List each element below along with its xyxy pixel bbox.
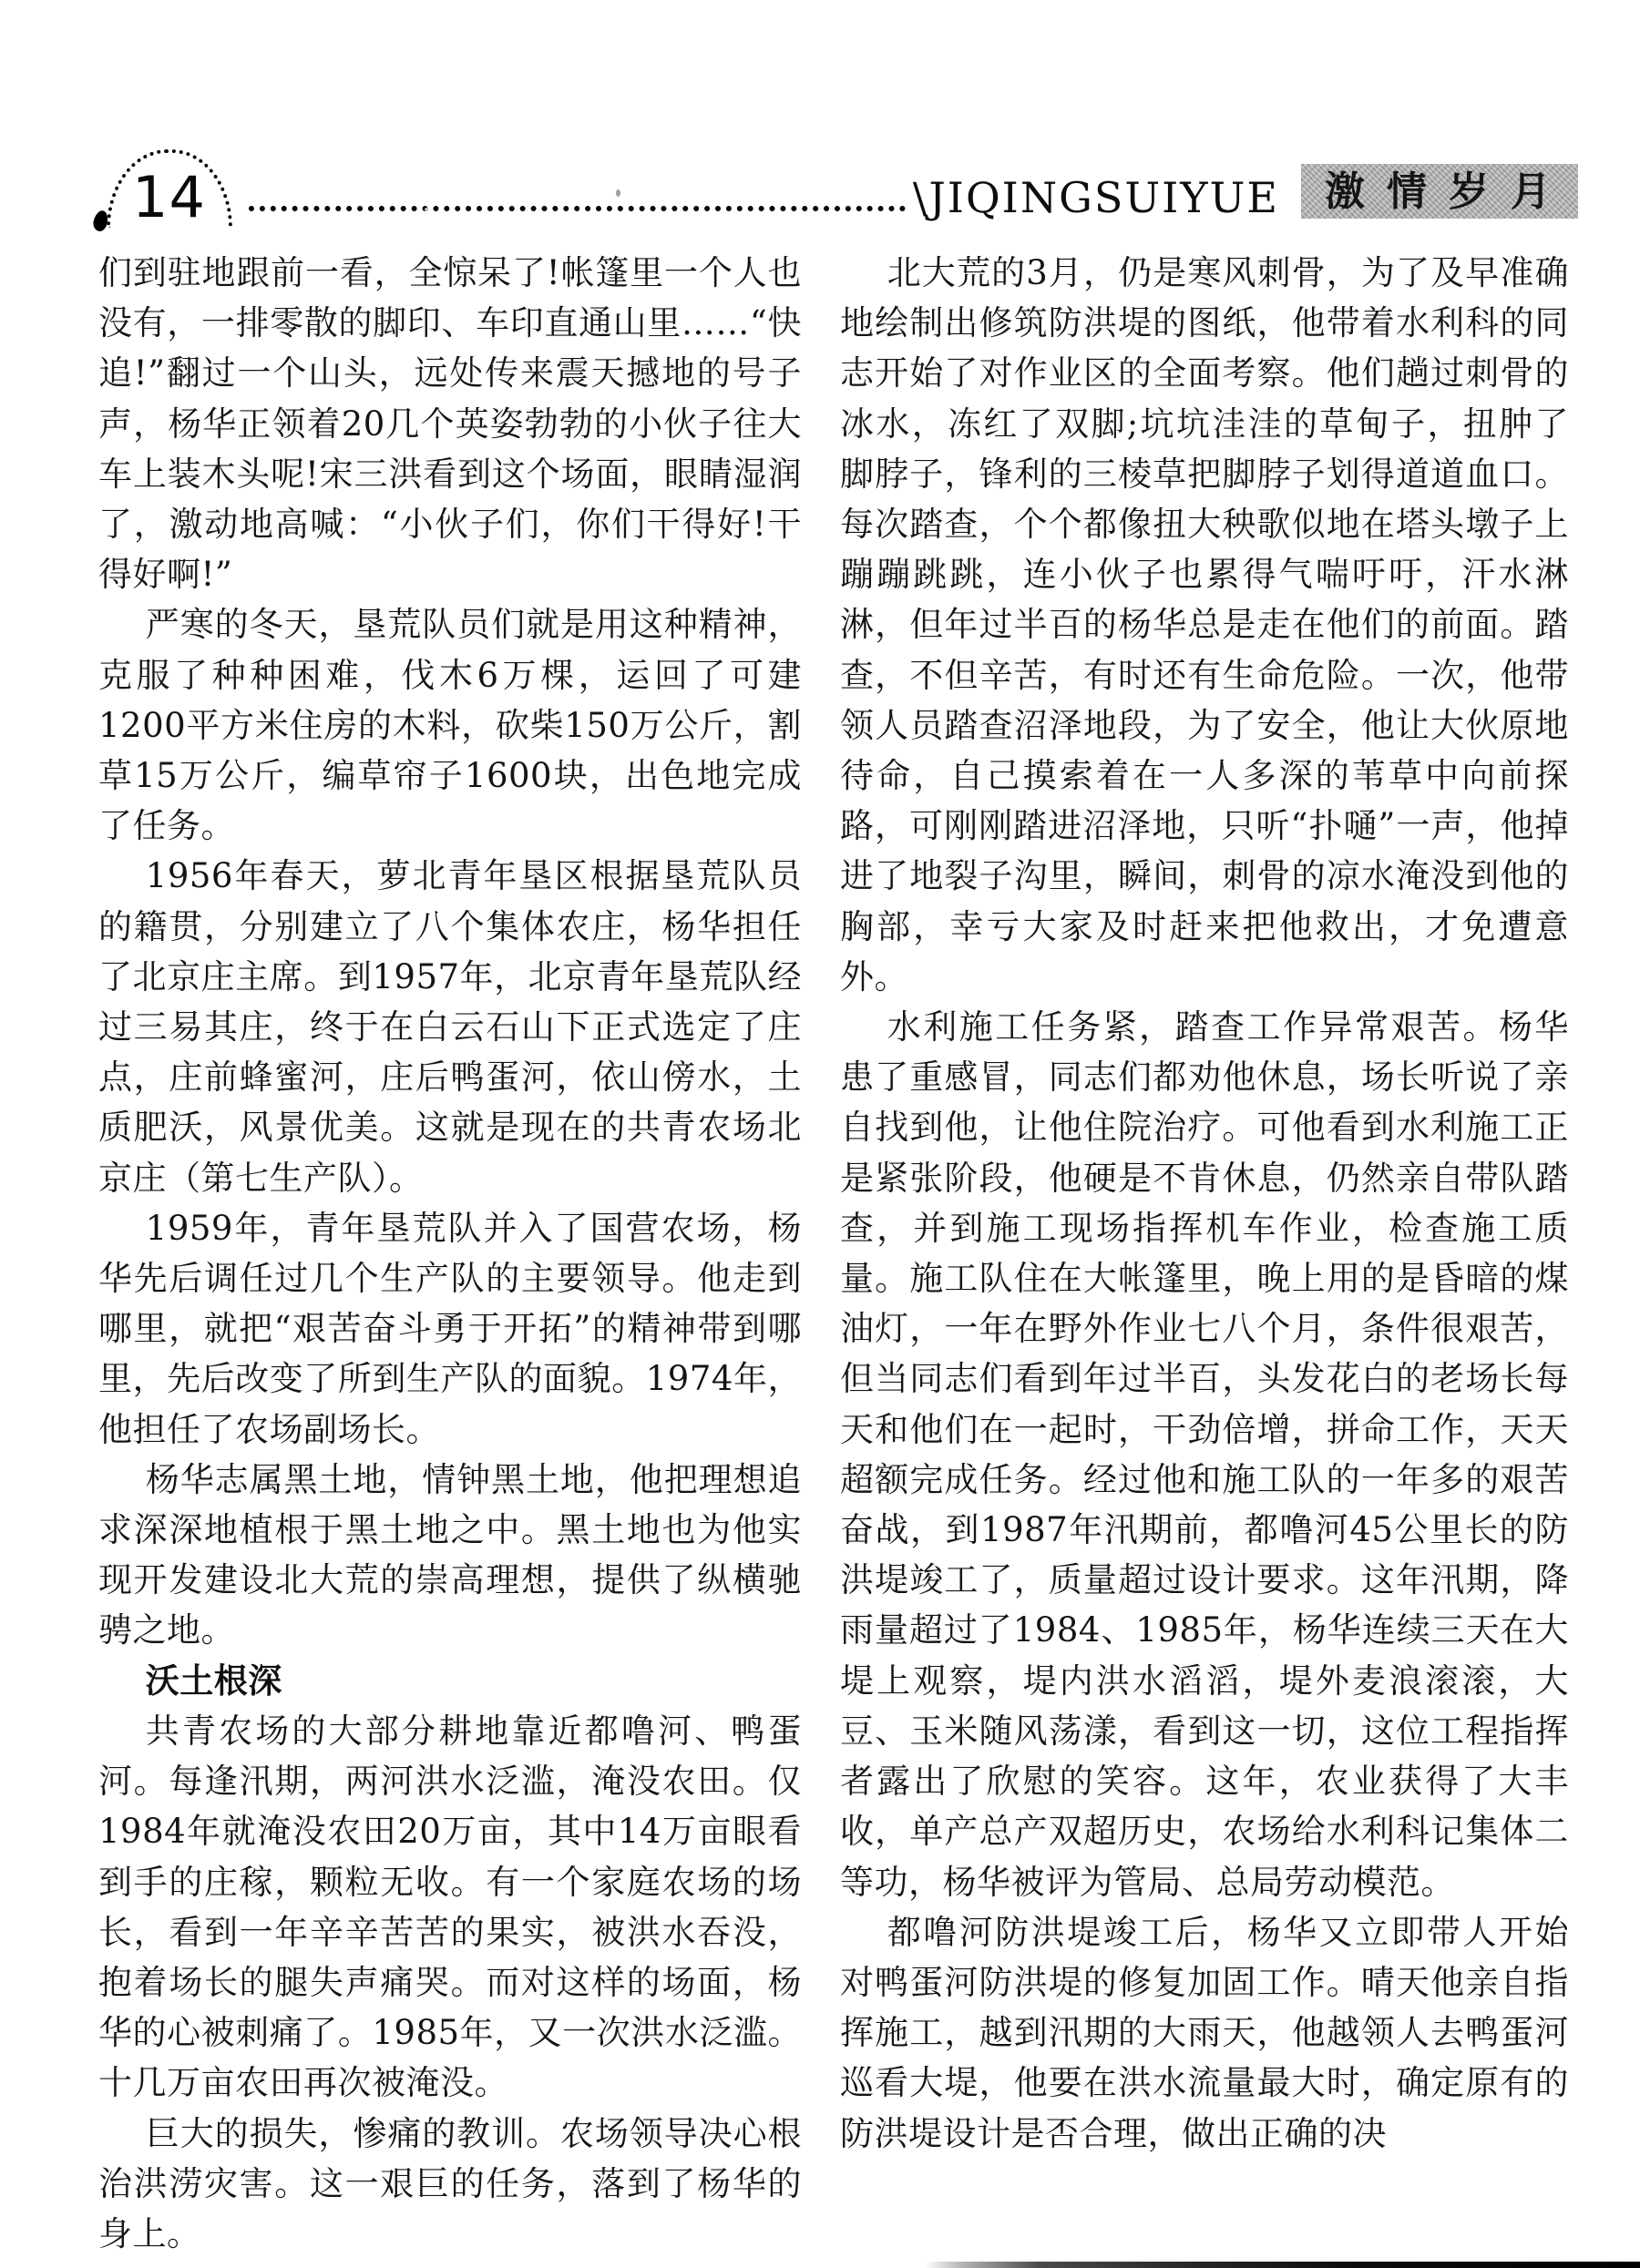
paragraph: 巨大的损失，惨痛的教训。农场领导决心根治洪涝灾害。这一艰巨的任务，落到了杨华的身…	[98, 2109, 802, 2260]
paragraph: 严寒的冬天，垦荒队员们就是用这种精神，克服了种种困难，伐木6万棵，运回了可建12…	[98, 599, 802, 851]
page-number: 14	[132, 169, 206, 226]
paragraph: 北大荒的3月，仍是寒风刺骨，为了及早准确地绘制出修筑防洪堤的图纸，他带着水利科的…	[840, 248, 1569, 1002]
dotted-leader-line	[249, 206, 906, 211]
magazine-page: 14 \JIQINGSUIYUE 激情岁月 们到驻地跟前一看，全惊呆了!帐篷里一…	[0, 0, 1640, 2268]
paragraph-continued: 们到驻地跟前一看，全惊呆了!帐篷里一个人也没有，一排零散的脚印、车印直通山里………	[98, 248, 802, 599]
page-header: 14 \JIQINGSUIYUE 激情岁月	[77, 135, 1578, 219]
paragraph: 1956年春天，萝北青年垦区根据垦荒队员的籍贯，分别建立了八个集体农庄，杨华担任…	[98, 851, 802, 1202]
header-english-title: \JIQINGSUIYUE	[913, 177, 1279, 219]
paragraph: 水利施工任务紧，踏查工作异常艰苦。杨华患了重感冒，同志们都劝他休息，场长听说了亲…	[840, 1002, 1569, 1907]
header-chinese-title: 激情岁月	[1301, 164, 1578, 219]
scan-speck	[425, 208, 428, 211]
paragraph: 共青农场的大部分耕地靠近都噜河、鸭蛋河。每逢汛期，两河洪水泛滥，淹没农田。仅19…	[98, 1706, 802, 2109]
paragraph: 杨华志属黑土地，情钟黑土地，他把理想追求深深地植根于黑土地之中。黑土地也为他实现…	[98, 1455, 802, 1656]
paragraph: 都噜河防洪堤竣工后，杨华又立即带人开始对鸭蛋河防洪堤的修复加固工作。晴天他亲自指…	[840, 1907, 1569, 2159]
left-column: 们到驻地跟前一看，全惊呆了!帐篷里一个人也没有，一排零散的脚印、车印直通山里………	[98, 248, 802, 2259]
page-number-badge: 14	[77, 135, 249, 219]
scan-edge-artifact	[925, 2262, 1640, 2268]
paragraph: 1959年，青年垦荒队并入了国营农场，杨华先后调任过几个生产队的主要领导。他走到…	[98, 1203, 802, 1455]
section-heading: 沃土根深	[98, 1656, 802, 1706]
scan-speck	[616, 189, 620, 197]
right-column: 北大荒的3月，仍是寒风刺骨，为了及早准确地绘制出修筑防洪堤的图纸，他带着水利科的…	[840, 248, 1569, 2159]
